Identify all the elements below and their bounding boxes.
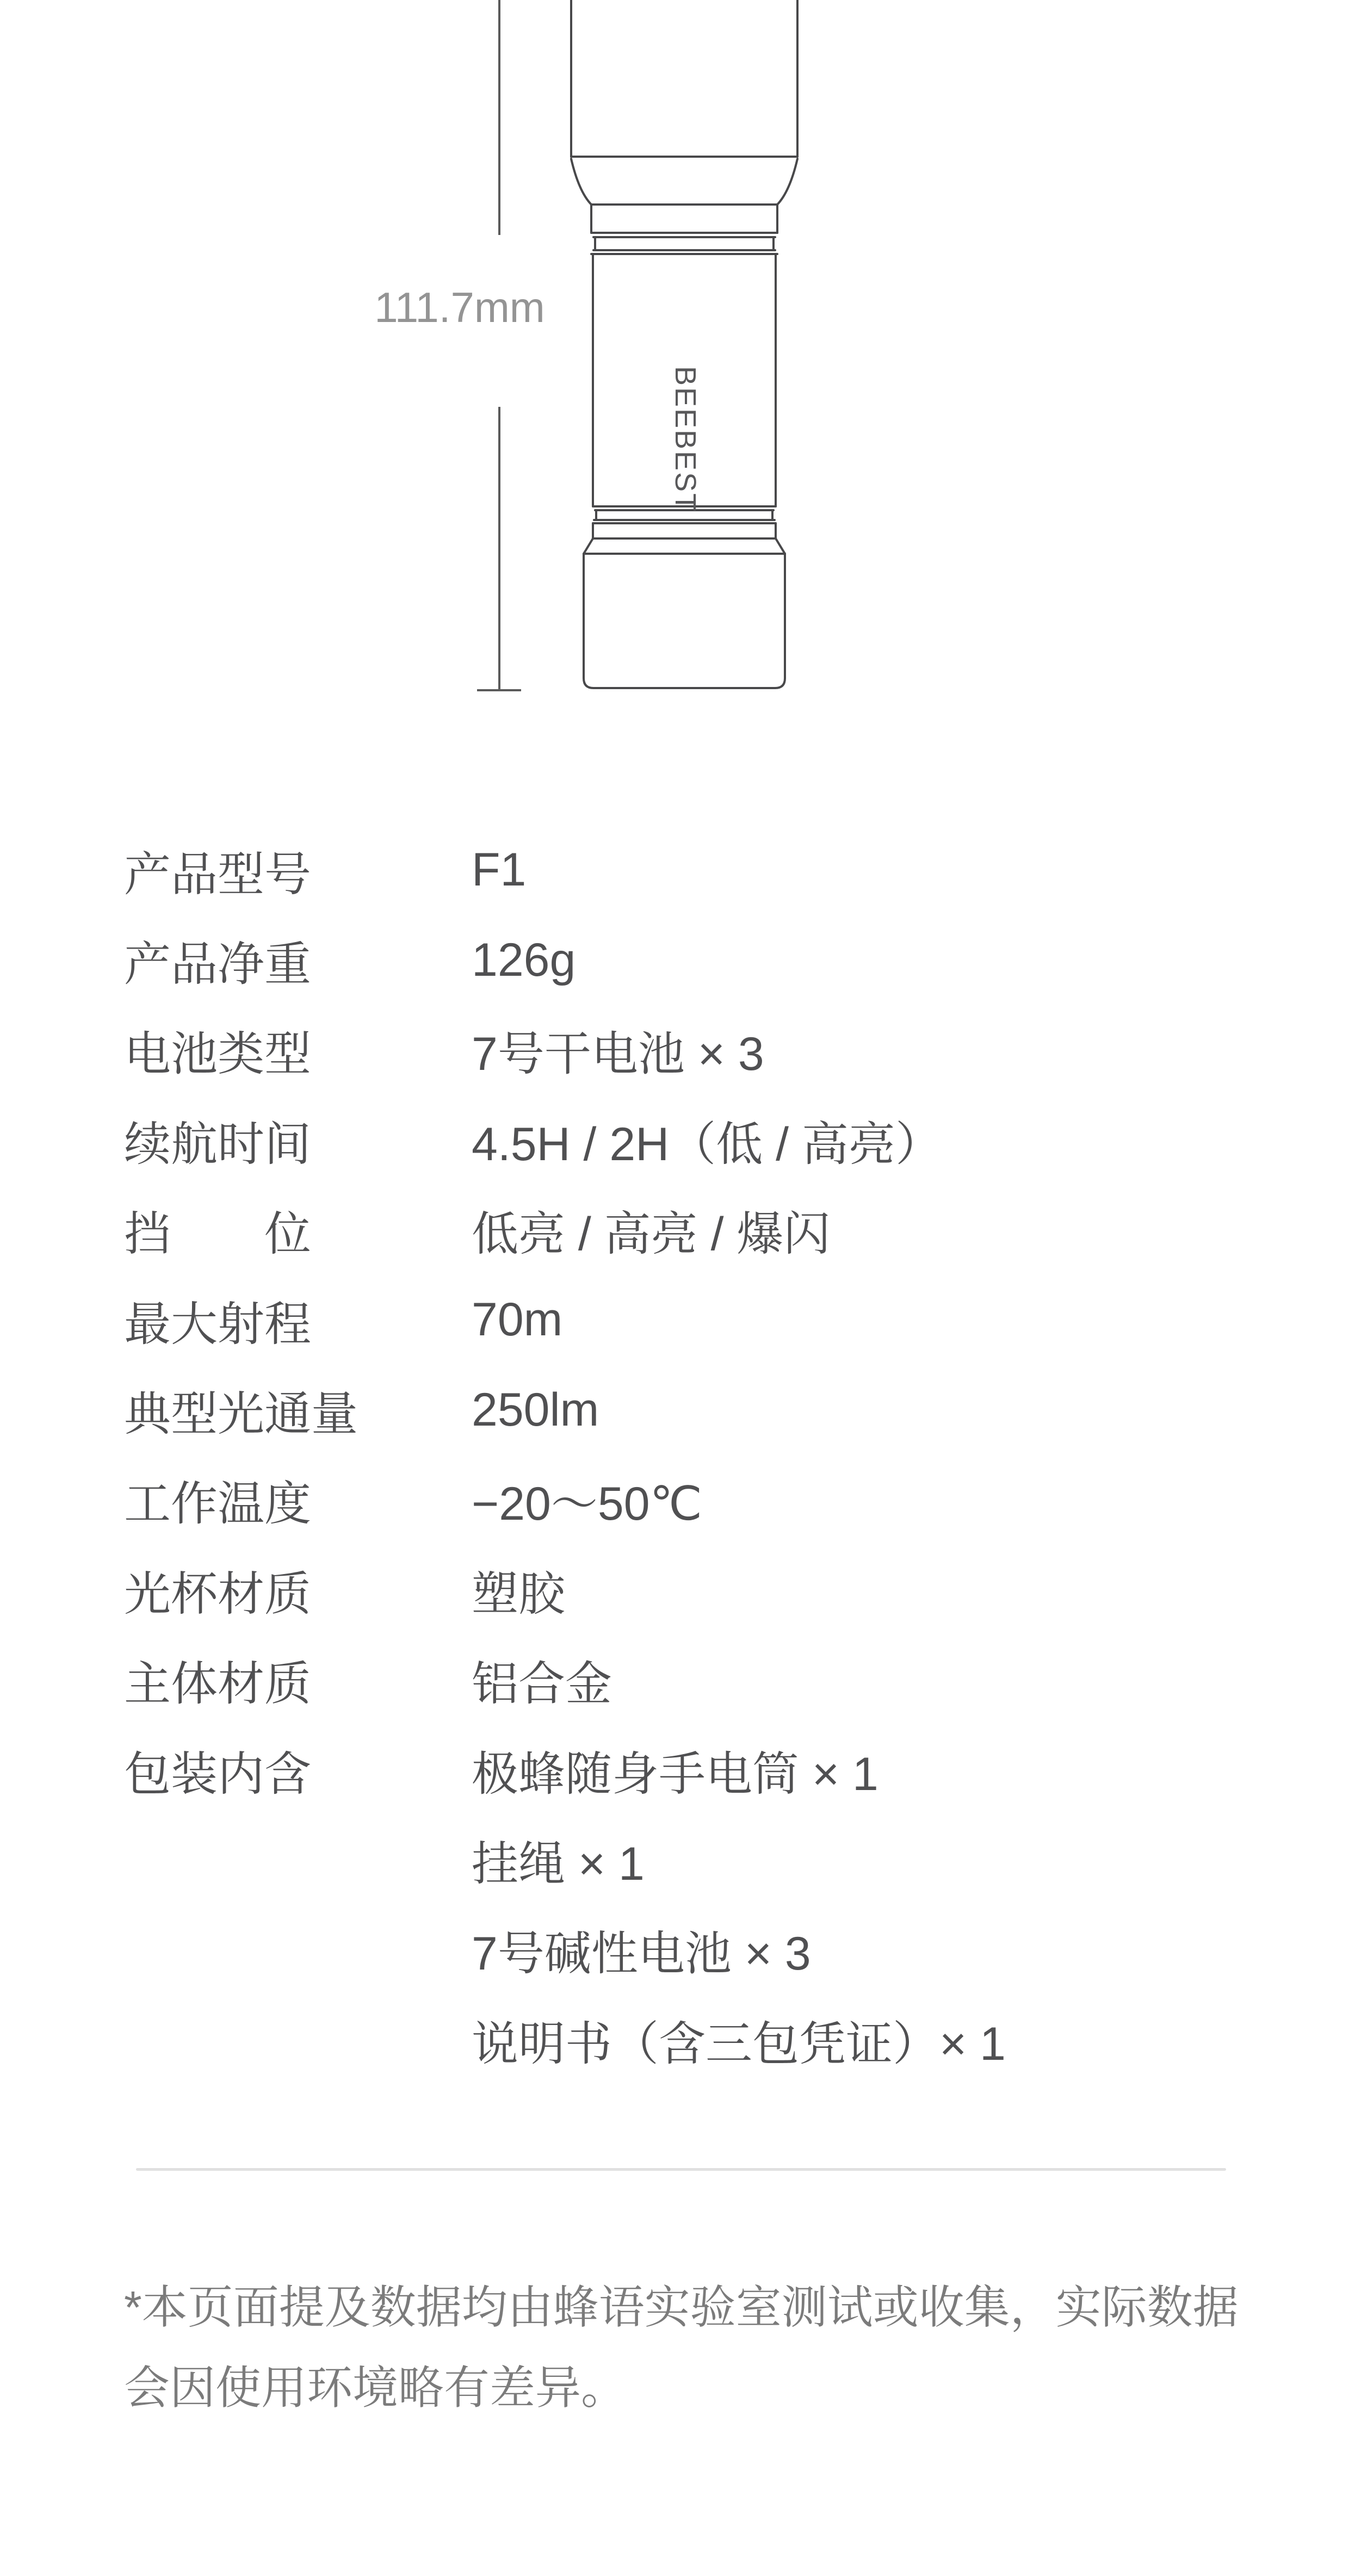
spec-value: −20～50℃	[472, 1466, 702, 1533]
spec-label: 包装内含	[124, 1736, 472, 1804]
flashlight-diagram: 111.7mm	[0, 0, 1349, 729]
dimension-line	[477, 0, 521, 690]
spec-value: 铝合金	[472, 1646, 612, 1713]
footnote-line-2: 会因使用环境略有差异。	[124, 2348, 1288, 2428]
spec-row: 7号碱性电池 × 3	[124, 1905, 1006, 1995]
divider	[136, 2168, 1226, 2171]
spec-value: 4.5H / 2H（低 / 高亮）	[472, 1106, 942, 1174]
spec-row: 产品型号 F1	[124, 825, 1006, 915]
brand-text: BEEBEST	[669, 366, 702, 513]
spec-value: 7号碱性电池 × 3	[472, 1916, 811, 1983]
spec-value: 7号干电池 × 3	[472, 1016, 764, 1083]
spec-table: 产品型号 F1 产品净重 126g 电池类型 7号干电池 × 3 续航时间 4.…	[124, 825, 1006, 2084]
spec-row: 说明书（含三包凭证）× 1	[124, 1995, 1006, 2084]
spec-value: 70m	[472, 1293, 562, 1347]
spec-row: 光杯材质 塑胶	[124, 1545, 1006, 1634]
spec-row: 典型光通量 250lm	[124, 1365, 1006, 1454]
spec-value: 126g	[472, 933, 576, 987]
spec-row: 挂绳 × 1	[124, 1815, 1006, 1904]
spec-row: 包装内含 极蜂随身手电筒 × 1	[124, 1725, 1006, 1815]
product-spec-page: 111.7mm	[0, 0, 1349, 2576]
spec-row: 工作温度 −20～50℃	[124, 1455, 1006, 1545]
spec-row: 主体材质 铝合金	[124, 1635, 1006, 1725]
flashlight-upper-rings	[591, 233, 777, 254]
dimension-label: 111.7mm	[374, 283, 545, 331]
spec-row: 续航时间 4.5H / 2H（低 / 高亮）	[124, 1095, 1006, 1185]
spec-label: 典型光通量	[124, 1376, 472, 1444]
spec-row: 最大射程 70m	[124, 1275, 1006, 1365]
spec-label: 产品型号	[124, 837, 472, 904]
spec-value: F1	[472, 843, 526, 897]
spec-value: 低亮 / 高亮 / 爆闪	[472, 1196, 830, 1264]
flashlight-tail-cap	[584, 538, 785, 688]
spec-label: 续航时间	[124, 1106, 472, 1174]
spec-label: 产品净重	[124, 926, 472, 994]
footnote: *本页面提及数据均由蜂语实验室测试或收集，实际数据 会因使用环境略有差异。	[124, 2267, 1288, 2428]
spec-value: 塑胶	[472, 1556, 565, 1624]
spec-label: 电池类型	[124, 1016, 472, 1083]
spec-label: 挡 位	[124, 1196, 472, 1264]
spec-row: 挡 位 低亮 / 高亮 / 爆闪	[124, 1185, 1006, 1275]
spec-row: 电池类型 7号干电池 × 3	[124, 1005, 1006, 1095]
spec-value: 说明书（含三包凭证）× 1	[472, 2006, 1006, 2073]
footnote-line-1: *本页面提及数据均由蜂语实验室测试或收集，实际数据	[124, 2267, 1288, 2348]
spec-label: 工作温度	[124, 1466, 472, 1533]
spec-row: 产品净重 126g	[124, 915, 1006, 1005]
spec-value: 挂绳 × 1	[472, 1826, 645, 1893]
spec-value: 极蜂随身手电筒 × 1	[472, 1736, 878, 1804]
spec-label: 主体材质	[124, 1646, 472, 1713]
spec-label: 光杯材质	[124, 1556, 472, 1624]
flashlight-head	[571, 0, 797, 157]
flashlight-neck-taper	[571, 159, 797, 233]
spec-value: 250lm	[472, 1383, 599, 1437]
flashlight-outline	[571, 0, 797, 688]
spec-label: 最大射程	[124, 1286, 472, 1354]
flashlight-lower-rings	[593, 510, 776, 538]
